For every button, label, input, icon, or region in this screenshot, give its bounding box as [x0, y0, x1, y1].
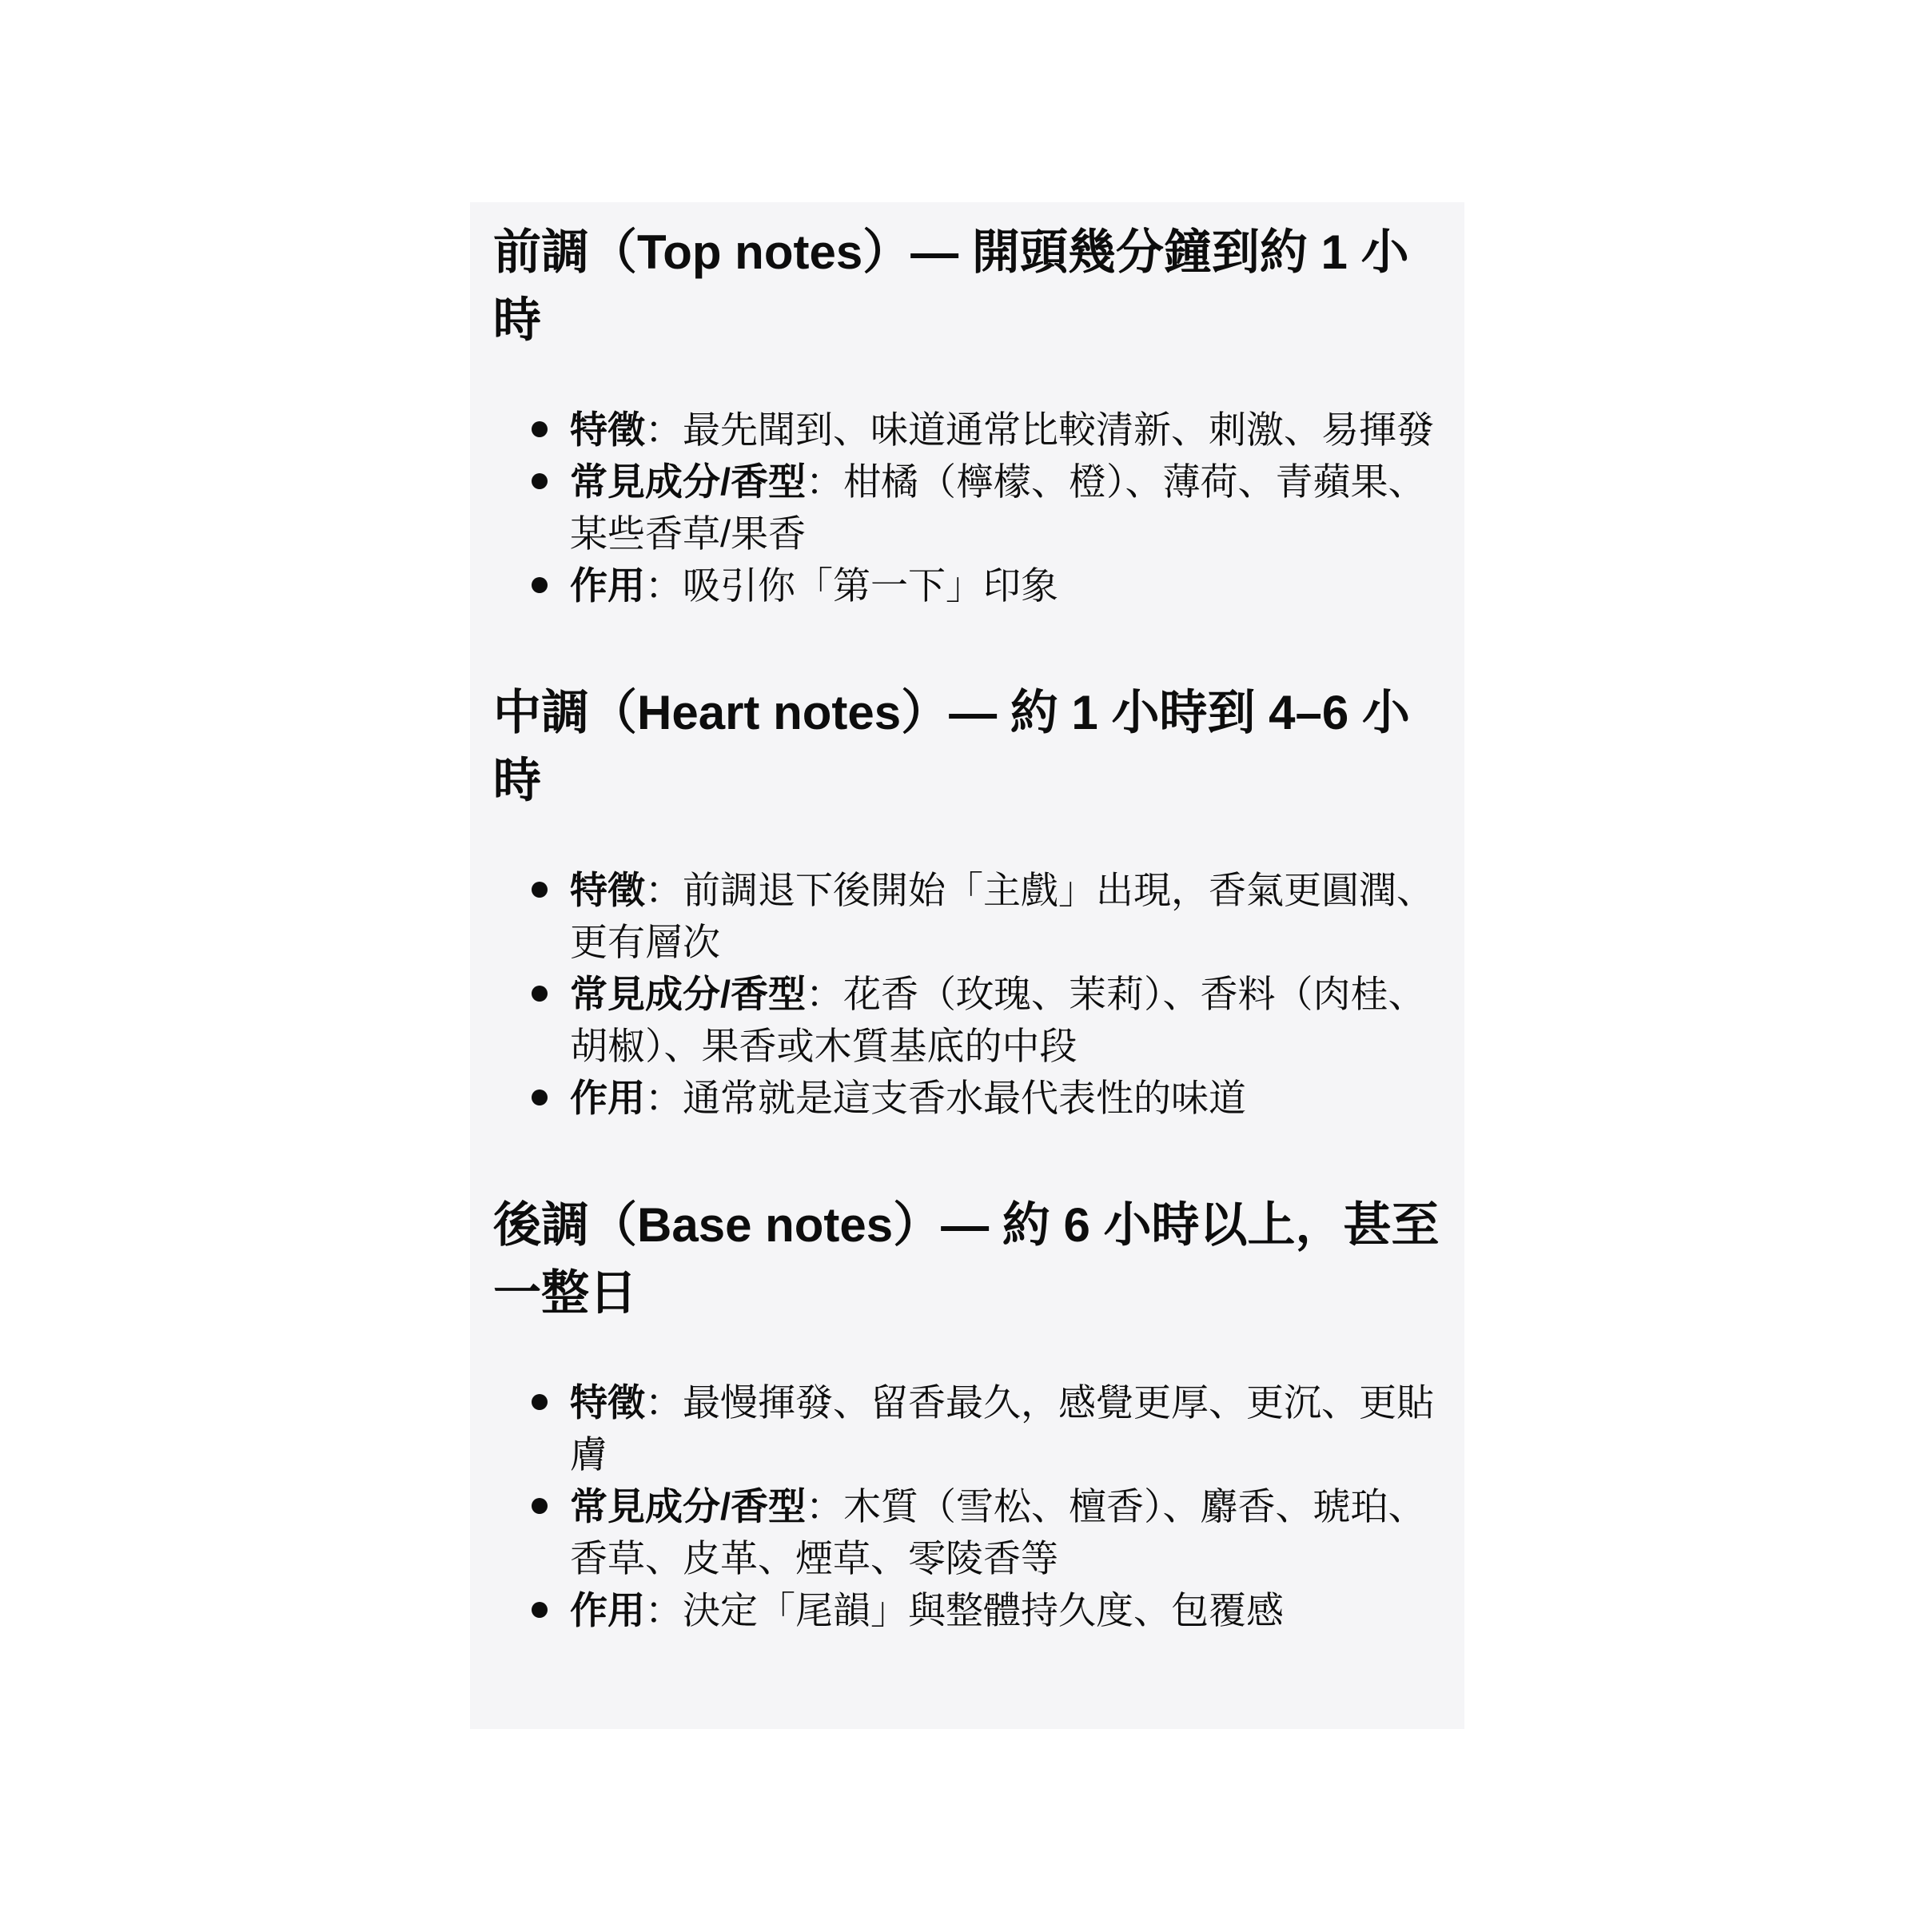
bullet-list: 特徵：最先聞到、味道通常比較清新、刺激、易揮發 常見成分/香型：柑橘（檸檬、橙）… — [493, 404, 1452, 611]
section-base-notes: 後調（Base notes）— 約 6 小時以上，甚至一整日 特徵：最慢揮發、留… — [493, 1191, 1452, 1636]
bullet-dot-icon — [532, 577, 548, 593]
section-heading: 中調（Heart notes）— 約 1 小時到 4–6 小時 — [493, 679, 1452, 815]
bullet-text: ：吸引你「第一下」印象 — [645, 564, 1058, 607]
section-heart-notes: 中調（Heart notes）— 約 1 小時到 4–6 小時 特徵：前調退下後… — [493, 679, 1452, 1124]
list-item: 常見成分/香型：木質（雪松、檀香）、麝香、琥珀、香草、皮革、煙草、零陵香等 — [570, 1480, 1452, 1584]
bullet-list: 特徵：前調退下後開始「主戲」出現，香氣更圓潤、更有層次 常見成分/香型：花香（玫… — [493, 864, 1452, 1124]
section-heading: 前調（Top notes）— 開頭幾分鐘到約 1 小時 — [493, 218, 1452, 354]
list-item: 常見成分/香型：花香（玫瑰、茉莉）、香料（肉桂、胡椒）、果香或木質基底的中段 — [570, 968, 1452, 1072]
bullet-label: 常見成分/香型 — [570, 460, 806, 503]
list-item: 特徵：最先聞到、味道通常比較清新、刺激、易揮發 — [570, 404, 1452, 456]
list-item: 特徵：最慢揮發、留香最久，感覺更厚、更沉、更貼膚 — [570, 1376, 1452, 1480]
bullet-label: 常見成分/香型 — [570, 1485, 806, 1528]
bullet-dot-icon — [532, 473, 548, 489]
bullet-label: 特徵 — [570, 1381, 645, 1424]
list-item: 作用：吸引你「第一下」印象 — [570, 560, 1452, 611]
bullet-dot-icon — [532, 986, 548, 1002]
bullet-text: ：決定「尾韻」與整體持久度、包覆感 — [645, 1589, 1284, 1631]
bullet-dot-icon — [532, 1394, 548, 1410]
bullet-dot-icon — [532, 421, 548, 437]
bullet-label: 特徵 — [570, 869, 645, 911]
bullet-label: 作用 — [570, 1077, 645, 1119]
page: 前調（Top notes）— 開頭幾分鐘到約 1 小時 特徵：最先聞到、味道通常… — [0, 0, 1932, 1932]
bullet-list: 特徵：最慢揮發、留香最久，感覺更厚、更沉、更貼膚 常見成分/香型：木質（雪松、檀… — [493, 1376, 1452, 1636]
bullet-text: ：最慢揮發、留香最久，感覺更厚、更沉、更貼膚 — [570, 1381, 1434, 1476]
bullet-text: ：通常就是這支香水最代表性的味道 — [645, 1077, 1246, 1119]
bullet-text: ：前調退下後開始「主戲」出現，香氣更圓潤、更有層次 — [570, 869, 1434, 963]
bullet-text: ：最先聞到、味道通常比較清新、刺激、易揮發 — [645, 408, 1434, 451]
bullet-dot-icon — [532, 882, 548, 898]
bullet-label: 作用 — [570, 564, 645, 607]
answer-panel: 前調（Top notes）— 開頭幾分鐘到約 1 小時 特徵：最先聞到、味道通常… — [470, 202, 1464, 1729]
bullet-label: 特徵 — [570, 408, 645, 451]
list-item: 作用：通常就是這支香水最代表性的味道 — [570, 1072, 1452, 1124]
section-top-notes: 前調（Top notes）— 開頭幾分鐘到約 1 小時 特徵：最先聞到、味道通常… — [493, 218, 1452, 611]
list-item: 特徵：前調退下後開始「主戲」出現，香氣更圓潤、更有層次 — [570, 864, 1452, 968]
bullet-label: 常見成分/香型 — [570, 973, 806, 1015]
bullet-dot-icon — [532, 1089, 548, 1105]
list-item: 常見成分/香型：柑橘（檸檬、橙）、薄荷、青蘋果、某些香草/果香 — [570, 456, 1452, 560]
section-heading: 後調（Base notes）— 約 6 小時以上，甚至一整日 — [493, 1191, 1452, 1327]
bullet-label: 作用 — [570, 1589, 645, 1631]
bullet-dot-icon — [532, 1498, 548, 1514]
bullet-dot-icon — [532, 1602, 548, 1618]
list-item: 作用：決定「尾韻」與整體持久度、包覆感 — [570, 1584, 1452, 1636]
